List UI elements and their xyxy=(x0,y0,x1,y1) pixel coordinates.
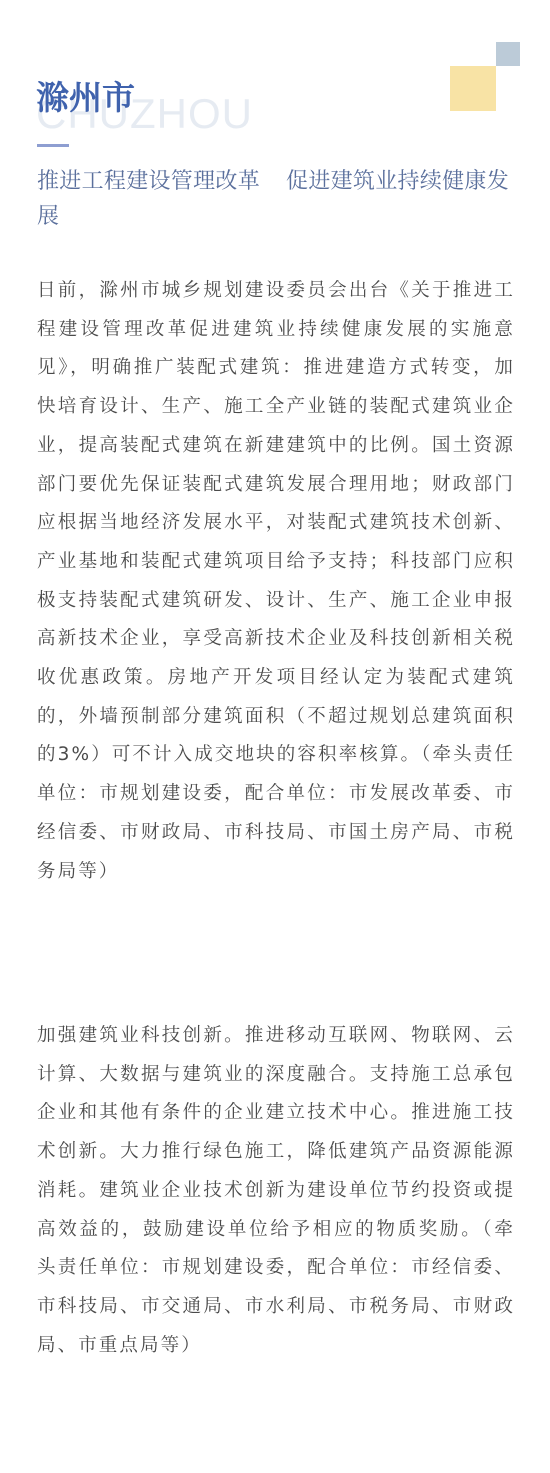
subtitle-part-1: 推进工程建设管理改革 xyxy=(37,169,260,194)
decorative-square-blue xyxy=(496,42,520,66)
section-subtitle: 推进工程建设管理改革促进建筑业持续健康发展 xyxy=(37,164,517,234)
article-header: CHUZHOU 滁州市 xyxy=(0,0,550,160)
body-paragraph-1: 日前，滁州市城乡规划建设委员会出台《关于推进工程建设管理改革促进建筑业持续健康发… xyxy=(37,272,515,891)
title-underline-divider xyxy=(37,144,69,147)
decorative-square-yellow xyxy=(450,66,496,111)
body-paragraph-2: 加强建筑业科技创新。推进移动互联网、物联网、云计算、大数据与建筑业的深度融合。支… xyxy=(37,1017,515,1365)
city-title: 滁州市 xyxy=(36,78,135,118)
